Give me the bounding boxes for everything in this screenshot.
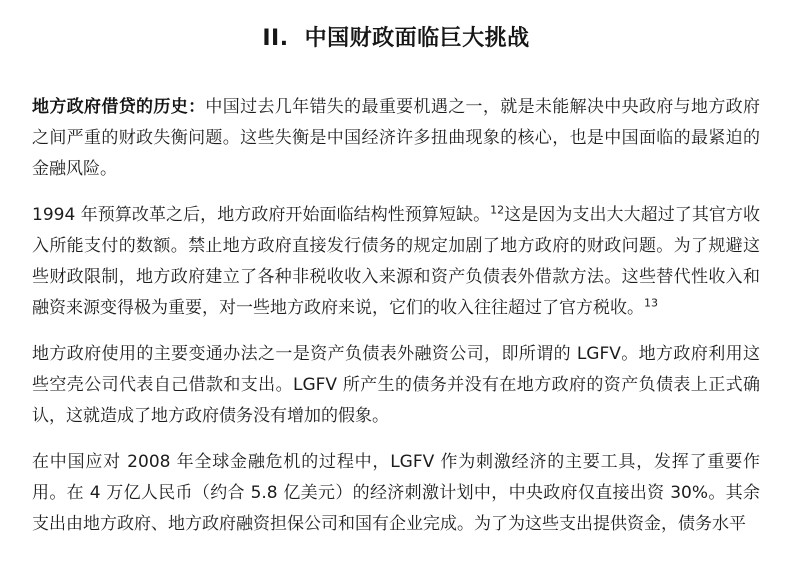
paragraph-text: 地方政府使用的主要变通办法之一是资产负债表外融资公司，即所谓的 LGFV。地方政… (32, 344, 760, 426)
paragraph-lead-bold: 地方政府借贷的历史： (32, 97, 205, 117)
document-body: 地方政府借贷的历史：中国过去几年错失的最重要机遇之一，就是未能解决中央政府与地方… (32, 92, 760, 540)
section-number: II. (262, 26, 288, 51)
document-page: II.中国财政面临巨大挑战 地方政府借贷的历史：中国过去几年错失的最重要机遇之一… (0, 0, 800, 576)
paragraph: 地方政府借贷的历史：中国过去几年错失的最重要机遇之一，就是未能解决中央政府与地方… (32, 92, 760, 185)
section-title-text: 中国财政面临巨大挑战 (305, 26, 530, 51)
section-heading: II.中国财政面临巨大挑战 (32, 26, 760, 52)
paragraph: 在中国应对 2008 年全球金融危机的过程中，LGFV 作为刺激经济的主要工具，… (32, 447, 760, 540)
footnote-reference: 13 (644, 296, 658, 309)
paragraph-text: 1994 年预算改革之后，地方政府开始面临结构性预算短缺。 (32, 205, 490, 225)
paragraph: 地方政府使用的主要变通办法之一是资产负债表外融资公司，即所谓的 LGFV。地方政… (32, 339, 760, 432)
paragraph: 1994 年预算改革之后，地方政府开始面临结构性预算短缺。12这是因为支出大大超… (32, 200, 760, 324)
paragraph-text: 在中国应对 2008 年全球金融危机的过程中，LGFV 作为刺激经济的主要工具，… (32, 452, 760, 534)
footnote-reference: 12 (490, 203, 504, 216)
